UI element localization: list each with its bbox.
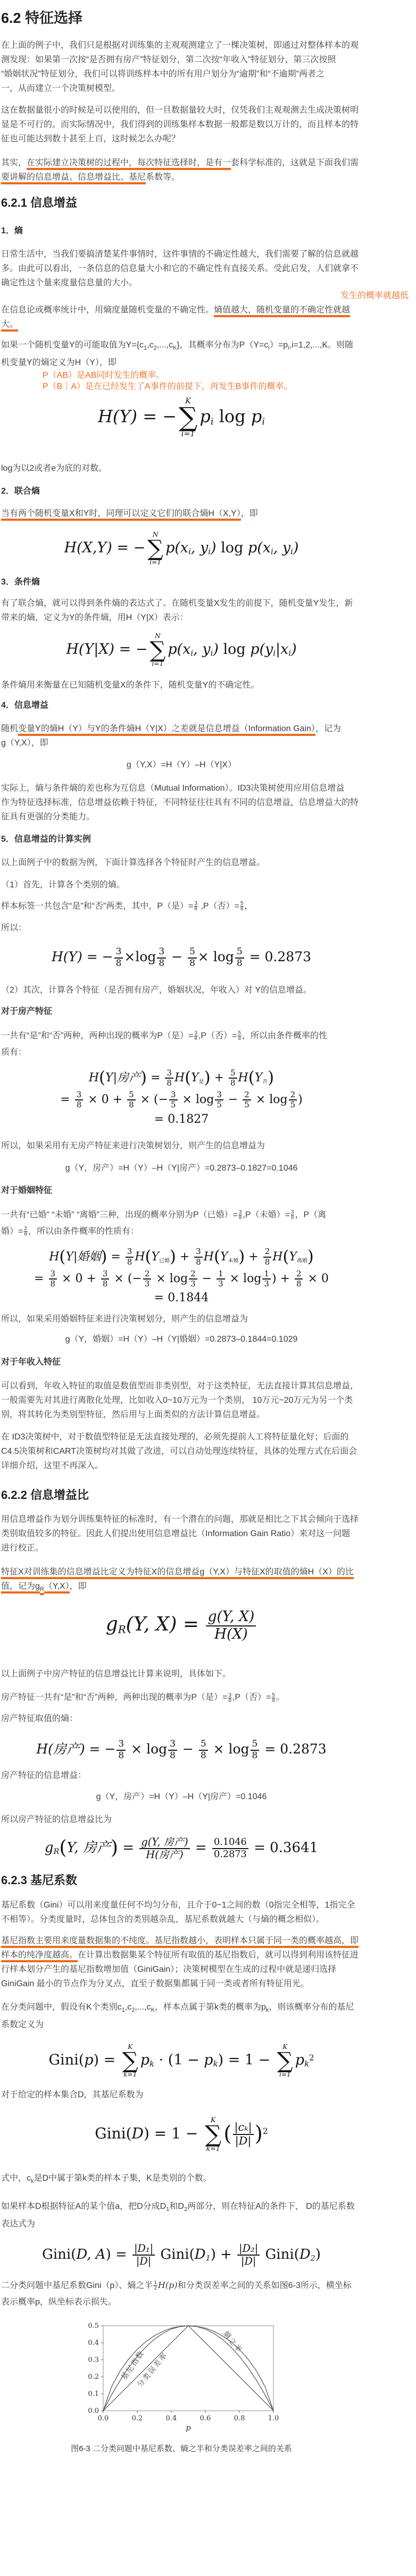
paragraph-house-prob: 一共有“是”和“否”两种，两种出现的概率为P（是）=38,P（否）=58，所以由… xyxy=(1,1028,362,1061)
document-page: 6.2 特征选择在上面的例子中，我们只是根据对训练集的主观观测建立了一棵决策树，… xyxy=(0,0,416,2455)
formula-token: ( xyxy=(223,2122,231,2146)
fraction-denominator: 8 xyxy=(77,1100,82,1109)
paragraph-ratio-def: 特征X对训练集的信息增益比定义为特征X的信息增益g（Y,X）与特征X的取值的熵H… xyxy=(1,1565,362,1597)
formula-token: + xyxy=(176,1250,193,1264)
x-axis-label: p xyxy=(186,2423,191,2433)
figure-6-3-caption: 图6-3 二分类问题中基尼系数、熵之半和分类误差率之间的关系 xyxy=(1,2443,362,2455)
text-run: ，样本点属于第k类的概率为p xyxy=(155,2003,266,2012)
formula-token: = 0.2873 xyxy=(260,1741,326,1757)
text-line: 一共有“是”和“否”两种，两种出现的概率为P（是）=38,P（否）=58，所以由… xyxy=(1,1028,362,1044)
paragraph-gini-impurity: 基尼指数主要用来度量数据集的不纯度。基尼指数越小，表明样本只属于同一类的概率越高… xyxy=(1,1934,362,1991)
text-run: 如果样本D根据特征A的某个值a，把D分成D xyxy=(1,2202,166,2211)
text-line: 式中，ck是D中属于第k类的样本子集，K是类别的个数。 xyxy=(1,2171,362,2189)
text-line: 别，将其转化为类别型特征，然后用与上面类似的方法计算信息增益。 xyxy=(1,1408,362,1422)
paragraph-so: 所以： xyxy=(1,921,362,935)
paragraph-ratio-intro: 用信息增益作为划分训练集特征的标准时，有一个潜在的问题，那就是相比之下其会倾向于… xyxy=(1,1512,362,1555)
text-line: 征也可能达到数十甚至上百，这时候怎么办呢？ xyxy=(1,132,362,146)
text-run: 表达式为 xyxy=(1,2219,35,2228)
text-line: 随机变量Y的熵H（Y）与Y的条件熵H（Y|X）之差就是信息增益（Informat… xyxy=(1,722,362,736)
formula-token: p xyxy=(295,2052,304,2068)
highlighted-text-run: 样本的纯净度越高。 xyxy=(1,1951,78,1962)
formula-token: H xyxy=(89,1071,99,1084)
formula-token: 2 xyxy=(309,2053,314,2062)
formula-token: 2 xyxy=(311,2255,315,2263)
formula-token: , y xyxy=(193,641,210,658)
formula-token: 1 xyxy=(206,2255,211,2263)
equation-g-marriage: g（Y，婚姻）=H（Y）–H（Y|婚姻）=0.2873–0.1844=0.102… xyxy=(1,1333,362,1346)
text-line: 用信息增益作为划分训练集特征的标准时，有一个潜在的问题，那就是相比之下其会倾向于… xyxy=(1,1512,362,1527)
paragraph-ig-def: 随机变量Y的熵H（Y）与Y的条件熵H（Y|X）之差就是信息增益（Informat… xyxy=(1,722,362,750)
text-run: 行样本划分产生的基尼指数增加值（GiniGain）；决策树模型在生成的过程中就是… xyxy=(1,1965,336,1974)
formula-token: Gini( xyxy=(261,2247,299,2263)
formula-line: = 0.1827 xyxy=(1,1113,362,1126)
text-run: ，记为 xyxy=(315,724,341,733)
fraction: 38 xyxy=(168,1739,177,1761)
text-run: K xyxy=(151,2007,155,2013)
text-line: 显是不可行的。而实际情况中，我们得到的训练集样本数据一般都是数以万计的，而且样本… xyxy=(1,117,362,132)
text-run: 所以，如果采用有无房产特征来进行决策树划分，则产生的信息增益为 xyxy=(1,1141,265,1150)
fraction-denominator: 3 xyxy=(190,1279,196,1289)
formula-token: R xyxy=(118,1624,126,1636)
inline-fraction: 38 xyxy=(238,1210,243,1220)
y-tick-label: 0.0 xyxy=(88,2407,99,2415)
fraction-denominator: 8 xyxy=(194,1036,198,1041)
text-line: 实际上，熵与条件熵的差也称为互信息（Mutual Information）。ID… xyxy=(1,781,362,795)
formula-token: × (− xyxy=(137,1093,168,1106)
formula-token: Gini( xyxy=(95,2125,131,2142)
text-run: 房产特征取值的熵： xyxy=(1,1714,78,1723)
fraction: 38 xyxy=(157,947,166,969)
text-run: ， xyxy=(244,902,253,911)
formula-token: × log xyxy=(226,1272,262,1285)
text-run: 房产特征的信息增益： xyxy=(1,1771,86,1780)
fraction: 38 xyxy=(101,1269,110,1289)
formula-token: × log xyxy=(179,1093,214,1106)
subheading-entropy: 1．熵 xyxy=(1,225,416,238)
formula-token: × log xyxy=(127,1741,167,1757)
fraction-numerator: 2 xyxy=(263,1247,272,1257)
highlighted-text-run: 在实际建立决策树的过程中，每次特征选择时，是有一 xyxy=(27,158,231,170)
fraction-numerator: 5 xyxy=(127,1090,136,1100)
text-run: ，即 xyxy=(241,509,258,518)
formula-token: |x xyxy=(276,641,288,658)
text-line: “婚姻状况”特征划分，我们可以将训练样本中的所有用户划分为“逾期”和“不逾期”两… xyxy=(1,67,362,81)
formula-token: ) xyxy=(204,1068,211,1087)
fraction-numerator: 2 xyxy=(295,1269,303,1279)
formula-token: p xyxy=(140,2052,149,2068)
heading-6-2-2: 6.2.2 信息增益比 xyxy=(1,1487,416,1503)
text-run: ，所以由条件概率的性 xyxy=(242,1031,327,1040)
text-run: ,c xyxy=(125,2003,131,2012)
highlighted-text-run: 基尼指数主要用来度量数据集的不纯度。基尼指数越小，表明样本只属于同一类的概率越高… xyxy=(1,1936,359,1948)
text-run: “婚姻状况”特征划分，我们可以将训练样本中的所有用户划分为“逾期”和“不逾期”两… xyxy=(1,70,325,79)
fraction: 58 xyxy=(235,947,244,969)
fraction-numerator: 3 xyxy=(157,947,166,959)
subheading-house-feature: 对于房产特征 xyxy=(1,1005,416,1018)
sigma-glyph: ∑ xyxy=(147,538,163,559)
fraction-numerator: 2 xyxy=(143,1269,152,1279)
paragraph-intro-1: 在上面的例子中，我们只是根据对训练集的主观观测建立了一棵决策树，即通过对整体样本… xyxy=(1,38,362,96)
formula-joint-entropy: H(X,Y) = −N∑i=1p(xi, yi) log p(xi, yi) xyxy=(1,531,362,565)
paragraph-ratio-house-prob: 房产特征一共有“是”和“否”两种，两种出现的概率为P（是）=38,P（否）=58… xyxy=(1,1689,362,1706)
formula-line: H(Y) = −38×log38 − 58× log58 = 0.2873 xyxy=(1,947,362,969)
formula-token: H xyxy=(174,1071,185,1084)
text-line: 特征X对训练集的信息增益比定义为特征X的信息增益g（Y,X）与特征X的取值的熵H… xyxy=(1,1565,362,1579)
sum-symbol: K∑i=1 xyxy=(277,2044,293,2078)
text-run: 是D中属于第k类的样本子集，K是类别的个数。 xyxy=(34,2174,212,2183)
paragraph-id3: 在 ID3决策树中，对于数值型特征是无法直接处理的，必须先提前人工将特征量化好；… xyxy=(1,1430,362,1473)
formula-token: H(X,Y) = − xyxy=(64,539,146,556)
formula-token: k xyxy=(304,2059,309,2069)
formula-token: p xyxy=(84,2052,93,2068)
fraction-numerator: 2 xyxy=(243,1090,251,1100)
fraction-denominator: 8 xyxy=(290,1215,295,1220)
text-run: 其实， xyxy=(1,158,27,167)
formula-token: ) + xyxy=(272,1272,294,1285)
text-run: 质有： xyxy=(1,1048,27,1057)
formula-line: Gini(p) = K∑k=1pk · (1 − pk) = 1 − K∑i=1… xyxy=(1,2044,362,2078)
text-line: （1）首先，计算各个类别的熵。 xyxy=(1,878,362,892)
formula-token: Y xyxy=(220,1250,228,1264)
paragraph-ratio-conclusion: 所以房产特征的信息增益比为 xyxy=(1,1812,362,1827)
paragraph-intro-3: 其实，在实际建立决策树的过程中，每次特征选择时，是有一套科学标准的，这就是下面我… xyxy=(1,156,362,184)
formula-token: p xyxy=(204,2052,213,2068)
fraction: 58 xyxy=(229,1069,237,1088)
fraction-denominator: 8 xyxy=(51,1279,56,1289)
text-line: 在分类问题中，假设有K个类别c1,c2,...,cK，样本点属于第k类的概率为p… xyxy=(1,2000,362,2018)
fraction-numerator: 3 xyxy=(165,1069,173,1079)
formula-line: = 38 × 0 + 58 × (−35 × log35 − 25 × log2… xyxy=(1,1090,362,1109)
text-run: 如果一个随机变量Y的可能取值为Y={c xyxy=(1,341,144,350)
formula-token: − xyxy=(167,949,187,964)
text-line: 房产特征一共有“是”和“否”两种，两种出现的概率为P（是）=38,P（否）=58… xyxy=(1,1689,362,1706)
formula-token: p(y xyxy=(250,641,273,658)
formula-line: H(Y) = −K∑i=1pi log pi xyxy=(1,397,362,438)
fraction-denominator: 8 xyxy=(240,906,244,911)
formula-token: ) xyxy=(291,641,297,658)
formula-gini-d-a: Gini(D, A) = |D₁||D| Gini(D1) + |D₂||D| … xyxy=(1,2243,362,2267)
text-run: 进行校正。 xyxy=(1,1544,44,1553)
formula-token: log xyxy=(223,641,250,658)
text-run: 这在数据量很小的时候是可以使用的，但一旦数据量较大时，仅凭我们主观观测去生成决策… xyxy=(1,106,359,115)
fraction: 58 xyxy=(188,947,197,969)
fraction: g(Y, 房产)H(房产) xyxy=(139,1836,189,1861)
text-line: 所以房产特征的信息增益比为 xyxy=(1,1812,362,1827)
fraction: 38 xyxy=(165,1069,173,1088)
inline-fraction: 12 xyxy=(153,2281,157,2291)
formula-token: = xyxy=(107,1250,124,1264)
subheading-ig-example: 5．信息增益的计算实例 xyxy=(1,833,416,846)
x-tick-label: 0.8 xyxy=(234,2414,245,2422)
paragraph-marriage-prob: 一共有“已婚” “未婚” “离婚”三种，出现的概率分别为P（已婚）=38,P（未… xyxy=(1,1207,362,1240)
fraction: 38 xyxy=(75,1090,84,1109)
formula-token: ) + xyxy=(211,2247,236,2263)
formula-token: = 0.2873 xyxy=(245,949,311,964)
text-run: GiniGain 最小的节点作为分叉点，直至子数据集都属于同一类或者所有特征用光… xyxy=(1,1979,309,1988)
text-line: 进行校正。 xyxy=(1,1541,362,1555)
formula-token: ( xyxy=(248,1068,255,1087)
formula-token: ) xyxy=(307,1247,314,1266)
formula-token: = xyxy=(34,1272,47,1285)
formula-token: 2 xyxy=(263,2126,268,2136)
formula-token: (Y, X) = xyxy=(126,1614,205,1636)
text-line: 作为特征选择标准，信息增益依赖于特征，不同特征往往具有不同的信息增益，信息增益大… xyxy=(1,795,362,810)
formula-entropy: H(Y) = −K∑i=1pi log pi xyxy=(1,397,362,438)
fraction-numerator: 5 xyxy=(199,1739,208,1751)
formula-token: ) xyxy=(213,641,223,658)
formula-h-house-value: H(房产) = −38 × log38 − 58 × log58 = 0.287… xyxy=(1,1739,362,1761)
paragraph-gini-d: 对于给定的样本集合D，其基尼系数为 xyxy=(1,2088,362,2102)
text-line: 一共有“已婚” “未婚” “离婚”三种，出现的概率分别为P（已婚）=38,P（未… xyxy=(1,1207,362,1223)
formula-token: p xyxy=(199,406,210,426)
orange-probability-note: P（AB）是AB同时发生的概率。P（B｜A）是在已经发生了A事件的前提下，再发生… xyxy=(1,370,416,392)
text-line: 当有两个随机变量X和Y时，同理可以定义它们的联合熵H（X,Y），即 xyxy=(1,506,362,521)
fraction-denominator: |D| xyxy=(235,2135,252,2148)
fraction: 23 xyxy=(143,1269,152,1289)
text-run: 一共有“是”和“否”两种，两种出现的概率为P（是）= xyxy=(1,1031,193,1040)
sum-lower-limit: k=1 xyxy=(123,2071,137,2078)
text-run: 系数定义为 xyxy=(1,2020,44,2029)
text-line: 所以： xyxy=(1,921,362,935)
x-tick-label: 0.6 xyxy=(200,2414,211,2422)
formula-token: ( xyxy=(214,1247,220,1266)
fraction-numerator: 3 xyxy=(101,1269,110,1279)
fraction-numerator: 1 xyxy=(217,1269,225,1279)
formula-gain-ratio-value: gR(Y, 房产) = g(Y, 房产)H(房产) = 0.10460.2873… xyxy=(1,1836,362,1860)
sigma-glyph: ∑ xyxy=(122,2050,138,2071)
formula-token: H xyxy=(135,1250,145,1264)
formula-token: 是 xyxy=(199,1079,204,1085)
text-run: 多。由此可以看出，一条信息的信息量大小和它的不确定性有直接关系。受此启发，人们就… xyxy=(1,264,359,273)
formula-token: ×log xyxy=(124,949,156,964)
text-run: 和D xyxy=(169,2202,184,2211)
text-run: 一，从而建立一个决策树模型。 xyxy=(1,84,120,93)
formula-token: × (− xyxy=(110,1272,142,1285)
sigma-glyph: ∑ xyxy=(179,405,197,430)
formula-token: p(x xyxy=(168,641,190,658)
subheading-marriage-feature: 对于婚姻特征 xyxy=(1,1184,416,1197)
fraction: |D₂||D| xyxy=(237,2243,260,2267)
fraction: 58 xyxy=(199,1739,208,1761)
formula-token: ( xyxy=(59,1247,65,1266)
formula-token: ) = xyxy=(94,2052,120,2068)
text-run: 征具有更强的分类能力。 xyxy=(1,812,95,821)
paragraph-gini-classes: 在分类问题中，假设有K个类别c1,c2,...,cK，样本点属于第k类的概率为p… xyxy=(1,2000,362,2032)
fraction-denominator: 5 xyxy=(244,1100,249,1109)
text-line: 一，从而建立一个决策树模型。 xyxy=(1,81,362,96)
formula-token: H(Y|X) = − xyxy=(66,641,147,658)
formula-token: × log xyxy=(209,1741,249,1757)
fraction: 0.10460.2873 xyxy=(212,1837,248,1860)
inline-fraction: 58 xyxy=(237,1031,242,1041)
fraction-numerator: |D₁| xyxy=(132,2243,155,2256)
fraction-denominator: 8 xyxy=(228,1698,232,1703)
formula-token: Gini( xyxy=(156,2247,195,2263)
fraction-numerator: |D₂| xyxy=(237,2243,260,2256)
fraction-numerator: 2 xyxy=(189,1269,197,1279)
highlighted-text-run: 要讲解的信息增益、信息增益比、基尼 xyxy=(1,173,146,184)
text-run: ,i=1,2,...,K。则随 xyxy=(289,341,354,350)
text-line: 基尼系数（Gini）可以用来度量任何不均匀分布，且介于0~1之间的数（0指完全相… xyxy=(1,1898,362,1912)
formula-token: 离婚 xyxy=(297,1258,307,1264)
text-line: （2）其次，计算各个特征（是否拥有房产，婚姻状况，年收入）对 Y的信息增益。 xyxy=(1,983,362,997)
sum-lower-limit: i=1 xyxy=(181,430,195,438)
formula-h-house: H(Y|房产) = 38H(Y是) + 58H(Y否)= 38 × 0 + 58… xyxy=(1,1068,362,1125)
formula-token: ) xyxy=(238,1247,245,1266)
text-run: ,P（否）= xyxy=(198,1031,237,1040)
inline-fraction: 58 xyxy=(271,1693,276,1703)
fraction-numerator: 3 xyxy=(169,1090,178,1100)
figure-6-3-chart: 0.00.10.20.30.40.50.00.20.40.60.81.0p基尼指… xyxy=(80,2321,416,2438)
formula-token: ) = xyxy=(106,2247,131,2263)
x-tick-label: 0.2 xyxy=(132,2414,143,2422)
text-run: 作为特征选择标准，信息增益依赖于特征，不同特征往往具有不同的信息增益，信息增益大… xyxy=(1,798,359,807)
text-line: 二分类问题中基尼系数Gini（p）、熵之半12H(p)和分类误差率之间的关系如图… xyxy=(1,2277,362,2294)
highlighted-text-run: R xyxy=(40,1586,44,1595)
sum-symbol: K∑i=1 xyxy=(179,397,197,438)
text-line: 条件熵用来衡量在已知随机变量X的条件下，随机变量Y的不确定性。 xyxy=(1,678,362,692)
text-line: 类别取值较多的特征。因此人们提出使用信息增益比（Information Gain… xyxy=(1,1527,362,1541)
formula-token: 否 xyxy=(262,1079,268,1085)
text-line: 大。 xyxy=(1,317,362,332)
text-line: 详细介绍，这里不再深入。 xyxy=(1,1459,362,1473)
fraction-denominator: 8 xyxy=(118,1751,124,1761)
subheading-conditional-entropy: 3．条件熵 xyxy=(1,576,416,589)
fraction-denominator: 8 xyxy=(201,1751,206,1761)
highlighted-text-run: 特征X对训练集的信息增益比定义为特征X的信息增益g（Y,X）与特征X的取值的熵H… xyxy=(1,1567,354,1579)
formula-token: H xyxy=(272,1250,282,1264)
fraction-denominator: 3 xyxy=(218,1279,223,1289)
paragraph-entropy-daily: 日常生活中，当我们要搞清楚某件事情时，这件事情的不确定性越大，我们需要了解的信息… xyxy=(1,247,362,290)
text-run: （1）首先，计算各个类别的熵。 xyxy=(1,880,125,889)
x-tick-label: 0.4 xyxy=(166,2414,177,2422)
text-run: 日常生活中，当我们要搞清楚某件事情时，这件事情的不确定性越大，我们需要了解的信息… xyxy=(1,250,359,259)
fraction-numerator: 1 xyxy=(262,1269,271,1279)
text-run: 在计算出数据集某个特征所有取值的基尼指数后，就可以得到利用该特征进 xyxy=(78,1951,359,1960)
text-run: 两部分，则在特征A的条件下， D的基尼系数 xyxy=(187,2202,355,2211)
fraction-denominator: 0.2873 xyxy=(214,1849,247,1860)
text-line: 房产特征的信息增益： xyxy=(1,1768,362,1783)
text-run: 。 xyxy=(276,1693,285,1702)
text-line: 行样本划分产生的基尼指数增加值（GiniGain）；决策树模型在生成的过程中就是… xyxy=(1,1962,362,1977)
fraction-denominator: 3 xyxy=(264,1279,269,1289)
text-run: 系数等。 xyxy=(146,173,180,182)
formula-gini-p: Gini(p) = K∑k=1pk · (1 − pk) = 1 − K∑i=1… xyxy=(1,2044,362,2078)
fraction: 38 xyxy=(126,1247,134,1266)
text-run: ,...,c xyxy=(157,341,173,350)
text-run: log为以2或者e为底的对数。 xyxy=(1,464,107,473)
text-line: 房产特征取值的熵： xyxy=(1,1711,362,1726)
formula-token: ) xyxy=(101,1247,107,1266)
formula-token: Y|房产 xyxy=(105,1071,140,1084)
formula-gain-ratio: gR(Y, X) = g(Y, X)H(X) xyxy=(1,1609,362,1642)
fraction-numerator: 3 xyxy=(126,1247,134,1257)
formula-token: = 0.1827 xyxy=(154,1113,209,1126)
inline-fraction: 58 xyxy=(240,901,244,911)
text-run: 婚）= xyxy=(1,1227,23,1236)
text-line: 一般需要先对其进行离散化处理，比如收入0~10万元为一个类别， 10万元~20万… xyxy=(1,1393,362,1408)
paragraph-house-conclusion: 所以，如果采用有无房产特征来进行决策树划分，则产生的信息增益为 xyxy=(1,1139,362,1153)
fraction-denominator: H(房产) xyxy=(146,1849,183,1861)
formula-line: H(Y|房产) = 38H(Y是) + 58H(Y否) xyxy=(1,1068,362,1088)
formula-line: H(房产) = −38 × log38 − 58 × log58 = 0.287… xyxy=(1,1739,362,1761)
formula-token: ( xyxy=(145,1247,152,1266)
text-run: 式中，c xyxy=(1,2174,31,2183)
formula-token: p(x xyxy=(248,539,271,556)
formula-token: p(x xyxy=(165,539,188,556)
text-run: 在信息论或概率统计中，用熵度量随机变量的不确定性。 xyxy=(1,306,214,315)
fraction-numerator: 5 xyxy=(188,947,197,959)
inline-fraction: 28 xyxy=(23,1226,28,1236)
sigma-glyph: ∑ xyxy=(277,2050,293,2071)
gini-entropy-error-plot: 0.00.10.20.30.40.50.00.20.40.60.81.0p基尼指… xyxy=(80,2321,282,2435)
text-run: 表示概率p，纵坐标表示损失。 xyxy=(1,2298,117,2307)
formula-line: H(X,Y) = −N∑i=1p(xi, yi) log p(xi, yi) xyxy=(1,531,362,565)
formula-token: log xyxy=(221,539,248,556)
formula-token: ) = 1 − xyxy=(218,2052,275,2068)
fraction-denominator: 8 xyxy=(116,959,122,969)
paragraph-joint: 当有两个随机变量X和Y时，同理可以定义它们的联合熵H（X,Y），即 xyxy=(1,506,362,521)
fraction: 38 xyxy=(114,947,123,969)
formula-token: D xyxy=(299,2247,311,2263)
heading-6-2-3: 6.2.3 基尼系数 xyxy=(1,1872,416,1888)
paragraph-figure-intro: 二分类问题中基尼系数Gini（p）、熵之半12H(p)和分类误差率之间的关系如图… xyxy=(1,2277,362,2310)
text-run: 所以房产特征的信息增益比为 xyxy=(1,1815,112,1824)
formula-token: p xyxy=(251,406,262,426)
paragraph-mutual-info: 实际上，熵与条件熵的差也称为互信息（Mutual Information）。ID… xyxy=(1,781,362,824)
fraction-denominator: 8 xyxy=(238,1215,243,1220)
text-run: 征也可能达到数十甚至上百，这时候怎么办呢？ xyxy=(1,134,180,143)
fraction-denominator: 8 xyxy=(159,959,164,969)
formula-token: = xyxy=(147,1071,164,1084)
text-run: 一般需要先对其进行离散化处理，比如收入0~10万元为一个类别， 10万元~20万… xyxy=(1,1396,353,1405)
text-run: 显是不可行的。而实际情况中，我们得到的训练集样本数据一般都是数以万计的，而且样本… xyxy=(1,120,359,129)
text-run: 有了联合熵，就可以得到条件熵的表达式了。在随机变量X发生的前提下，随机变量Y发生… xyxy=(1,599,353,608)
formula-token: ) xyxy=(315,2247,321,2263)
text-run: ,P（未婚）= xyxy=(243,1210,289,1219)
fraction-denominator: 8 xyxy=(103,1279,108,1289)
formula-token: 未婚 xyxy=(228,1258,239,1264)
formula-token: × 0 + xyxy=(84,1093,126,1106)
fraction-denominator: 5 xyxy=(290,1100,296,1109)
formula-token: H xyxy=(238,1071,248,1084)
formula-token: × 0 xyxy=(304,1272,328,1285)
formula-line: gR(Y, 房产) = g(Y, 房产)H(房产) = 0.10460.2873… xyxy=(1,1836,362,1860)
formula-line: Gini(D) = 1 − K∑k=1(|cₖ||D|)2 xyxy=(1,2117,362,2152)
y-tick-label: 0.4 xyxy=(88,2339,99,2347)
text-run: ,P（否）= xyxy=(232,1693,271,1702)
formula-token: , y xyxy=(273,539,290,556)
fraction-numerator: 3 xyxy=(117,1739,126,1751)
paragraph-income: 可以看到，年收入特征的取值是数值型而非类别型，对于这类特征，无法直接计算其信息增… xyxy=(1,1379,362,1422)
fraction-denominator: 8 xyxy=(296,1279,302,1289)
text-line: 测发现：如果第一次按“是否拥有房产”特征划分，第二次按“年收入”特征划分，第三次… xyxy=(1,53,362,67)
formula-token: Y|婚姻 xyxy=(65,1250,101,1264)
text-run: ，所以由条件概率的性质有： xyxy=(28,1227,139,1236)
formula-token: k xyxy=(213,2059,218,2069)
text-run: 条件熵用来衡量在已知随机变量X的条件下，随机变量Y的不确定性。 xyxy=(1,681,259,690)
text-line: 质有： xyxy=(1,1044,362,1061)
text-line: 带来的熵，定义为Y的条件熵，用H（Y|X）表示： xyxy=(1,611,362,625)
fraction: 58 xyxy=(251,1739,260,1761)
formula-token: Y xyxy=(289,1250,297,1264)
formula-token: ) xyxy=(211,539,221,556)
y-tick-label: 0.5 xyxy=(88,2322,99,2330)
formula-token: = xyxy=(60,1093,73,1106)
text-run: 不相等）。分类度量时，总体包含的类别越杂乱，基尼系数就越大（与熵的概念相似）。 xyxy=(1,1915,325,1924)
text-line: 值，记为gR（Y,X），即 xyxy=(1,1579,362,1597)
sum-symbol: N∑i=1 xyxy=(147,531,163,565)
